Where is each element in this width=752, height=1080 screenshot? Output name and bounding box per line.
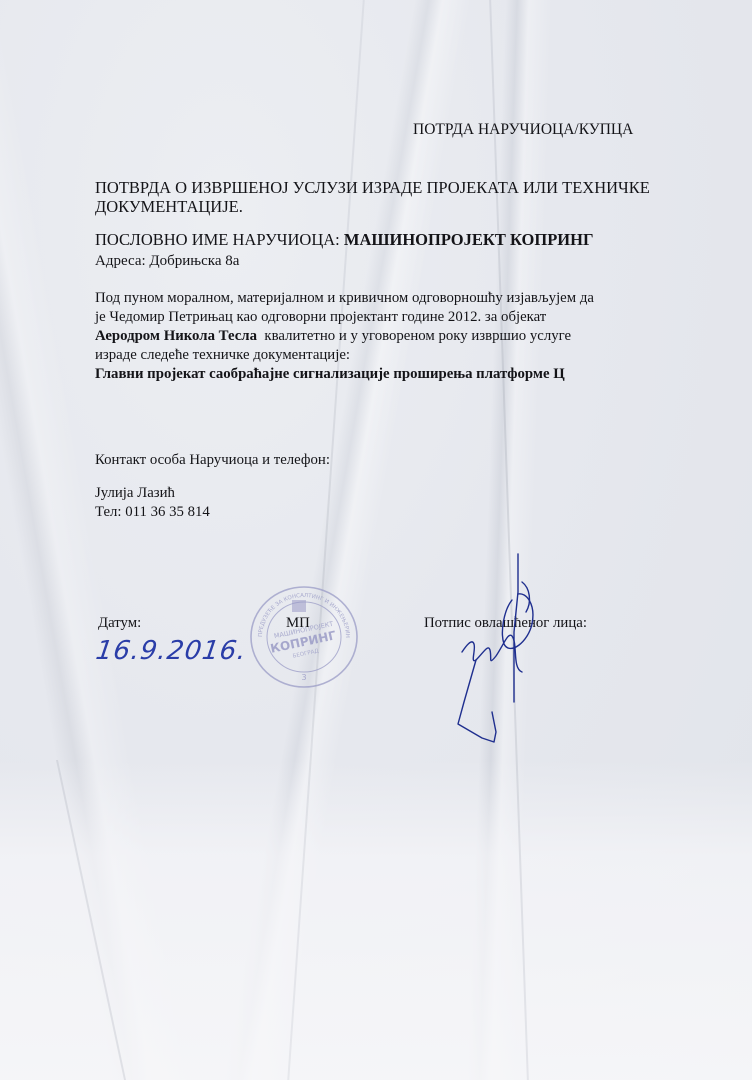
paper-shading — [0, 760, 752, 1080]
document-title-line-1: ПОТВРДА О ИЗВРШЕНОЈ УСЛУЗИ ИЗРАДЕ ПРОЈЕК… — [95, 179, 650, 197]
contact-phone: Тел: 011 36 35 814 — [95, 503, 210, 521]
object-name: Аеродром Никола Тесла — [95, 328, 257, 344]
signature — [452, 552, 562, 747]
address: Адреса: Добрињска 8а — [95, 252, 239, 270]
statement-line-3-rest: квалитетно и у уговореном року извршио у… — [257, 328, 571, 344]
contact-label: Контакт особа Наручиоца и телефон: — [95, 451, 330, 469]
project-title: Главни пројекат саобраћајне сигнализациј… — [95, 365, 565, 383]
handwritten-date: 16.9.2016. — [94, 636, 249, 666]
statement-line-4: израде следеће техничке документације: — [95, 346, 350, 364]
stamp-city-text: БЕОГРАД — [292, 648, 320, 659]
paper-crease — [287, 0, 365, 1080]
business-name-row: ПОСЛОВНО ИМЕ НАРУЧИОЦА: МАШИНОПРОЈЕКТ КО… — [95, 231, 593, 249]
business-name-value: МАШИНОПРОЈЕКТ КОПРИНГ — [344, 230, 594, 249]
paper-crease — [56, 760, 126, 1080]
stamp-label: МП — [286, 614, 310, 632]
stamp-main-text: КОПРИНГ — [269, 628, 337, 656]
official-stamp: ПРЕДУЗЕЋЕ ЗА КОНСАЛТИНГ И ИНЖЕЊЕРИНГ МАШ… — [248, 584, 360, 690]
document-title-line-2: ДОКУМЕНТАЦИЈЕ. — [95, 198, 243, 216]
contact-name: Јулија Лазић — [95, 484, 175, 502]
paper-crease — [489, 0, 529, 1080]
statement-line-1: Под пуном моралном, материјалном и криви… — [95, 289, 594, 307]
statement-line-2: је Чедомир Петрињац као одговорни пројек… — [95, 308, 546, 326]
business-name-label: ПОСЛОВНО ИМЕ НАРУЧИОЦА: — [95, 230, 344, 249]
stamp-number: 3 — [301, 673, 306, 682]
date-label: Датум: — [98, 614, 141, 632]
document-header: ПОТРДА НАРУЧИОЦА/КУПЦА — [413, 121, 633, 139]
statement-line-3: Аеродром Никола Тесла квалитетно и у уго… — [95, 327, 571, 345]
